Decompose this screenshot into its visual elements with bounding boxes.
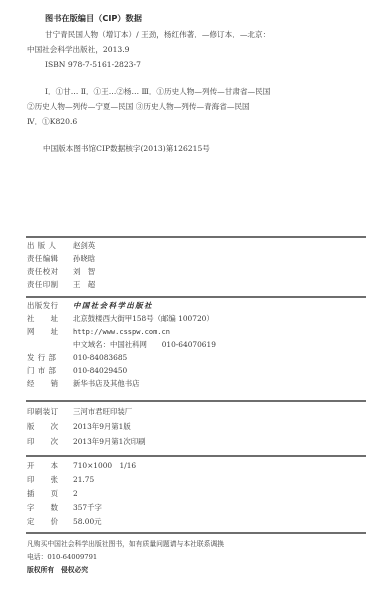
staff-label: 出 版 人: [27, 241, 73, 251]
address-value: 北京鼓楼西大街甲158号（邮编 100720）: [73, 314, 214, 324]
divider: [26, 455, 366, 457]
publisher-logo-text: 中国社会科学出版社: [73, 301, 153, 311]
staff-value: 王 超: [73, 280, 95, 290]
distribution-label: 出版发行: [27, 301, 73, 311]
retail-phone: 010-84029450: [73, 366, 127, 376]
domain-row: 中文域名：中国社科网 010-64070619: [27, 340, 216, 350]
website-link[interactable]: http://www.csspw.com.cn: [73, 327, 170, 337]
dealer-row: 经 销新华书店及其他书店: [27, 379, 140, 389]
copyright-notice: 版权所有 侵权必究: [27, 566, 88, 575]
staff-value: 孙晓晗: [73, 254, 95, 264]
distribution-row: 出版发行中国社会科学出版社: [27, 301, 153, 311]
spec-value: 58.00元: [73, 517, 102, 527]
staff-value: 赵剑英: [73, 241, 95, 251]
printing-label: 印 次: [27, 437, 73, 447]
spec-label: 印 张: [27, 475, 73, 485]
staff-row: 出 版 人赵剑英: [27, 241, 95, 251]
spec-label: 插 页: [27, 489, 73, 499]
spec-value: 21.75: [73, 475, 94, 485]
divider: [26, 532, 366, 534]
staff-row: 责任校对刘 智: [27, 267, 95, 277]
spec-value: 2: [73, 489, 78, 499]
sales-phone: 010-84083685: [73, 353, 127, 363]
printing-label: 印刷装订: [27, 407, 73, 417]
dealer-label: 经 销: [27, 379, 73, 389]
cip-title-line: 甘宁青民国人物（增订本）/ 王劲，杨红伟著．—修订本．—北京：: [45, 30, 270, 40]
spec-row: 印 张21.75: [27, 475, 94, 485]
spec-label: 开 本: [27, 461, 73, 471]
spec-row: 开 本710×1000 1/16: [27, 461, 136, 471]
staff-row: 责任印制王 超: [27, 280, 95, 290]
spec-row: 插 页2: [27, 489, 78, 499]
staff-label: 责任校对: [27, 267, 73, 277]
printing-value: 三河市君旺印装厂: [73, 407, 132, 417]
staff-label: 责任印制: [27, 280, 73, 290]
address-row: 社 址北京鼓楼西大街甲158号（邮编 100720）: [27, 314, 214, 324]
cip-classification-1: Ⅰ．①甘… Ⅱ．①王…②杨… Ⅲ．①历史人物—列传—甘肃省—民国: [45, 87, 270, 97]
spec-label: 定 价: [27, 517, 73, 527]
cip-core-note: 中国版本图书馆CIP数据核字(2013)第126215号: [43, 144, 210, 154]
cip-isbn: ISBN 978-7-5161-2823-7: [45, 60, 141, 70]
quality-notice: 凡购买中国社会科学出版社图书，如有质量问题请与本社联系调换: [27, 540, 224, 549]
domain-name-value: 中文域名：中国社科网 010-64070619: [73, 340, 216, 350]
dealer-value: 新华书店及其他书店: [73, 379, 140, 389]
divider: [26, 236, 366, 238]
spec-label: 字 数: [27, 503, 73, 513]
printing-row: 印刷装订三河市君旺印装厂: [27, 407, 132, 417]
cip-heading: 图书在版编目（CIP）数据: [45, 13, 142, 23]
service-phone: 电话：010-64009791: [27, 553, 97, 562]
printing-row: 印 次2013年9月第1次印刷: [27, 437, 146, 447]
printing-label: 版 次: [27, 422, 73, 432]
cip-publisher-line: 中国社会科学出版社，2013.9: [27, 45, 130, 55]
spec-value: 710×1000 1/16: [73, 461, 136, 471]
sales-label: 发 行 部: [27, 353, 73, 363]
printing-row: 版 次2013年9月第1版: [27, 422, 131, 432]
spec-row: 定 价58.00元: [27, 517, 102, 527]
spec-row: 字 数357千字: [27, 503, 102, 513]
printing-value: 2013年9月第1次印刷: [73, 437, 146, 447]
retail-label: 门 市 部: [27, 366, 73, 376]
divider: [26, 296, 366, 298]
printing-value: 2013年9月第1版: [73, 422, 131, 432]
cip-classification-3: Ⅳ．①K820.6: [27, 117, 77, 127]
sales-row: 发 行 部010-84083685: [27, 353, 127, 363]
address-label: 社 址: [27, 314, 73, 324]
staff-label: 责任编辑: [27, 254, 73, 264]
website-label: 网 址: [27, 327, 73, 337]
staff-value: 刘 智: [73, 267, 95, 277]
website-row: 网 址http://www.csspw.com.cn: [27, 327, 170, 337]
retail-row: 门 市 部010-84029450: [27, 366, 127, 376]
divider: [26, 400, 366, 402]
spec-value: 357千字: [73, 503, 102, 513]
cip-classification-2: ②历史人物—列传—宁夏—民国 ③历史人物—列传—青海省—民国: [27, 102, 250, 112]
staff-row: 责任编辑孙晓晗: [27, 254, 95, 264]
